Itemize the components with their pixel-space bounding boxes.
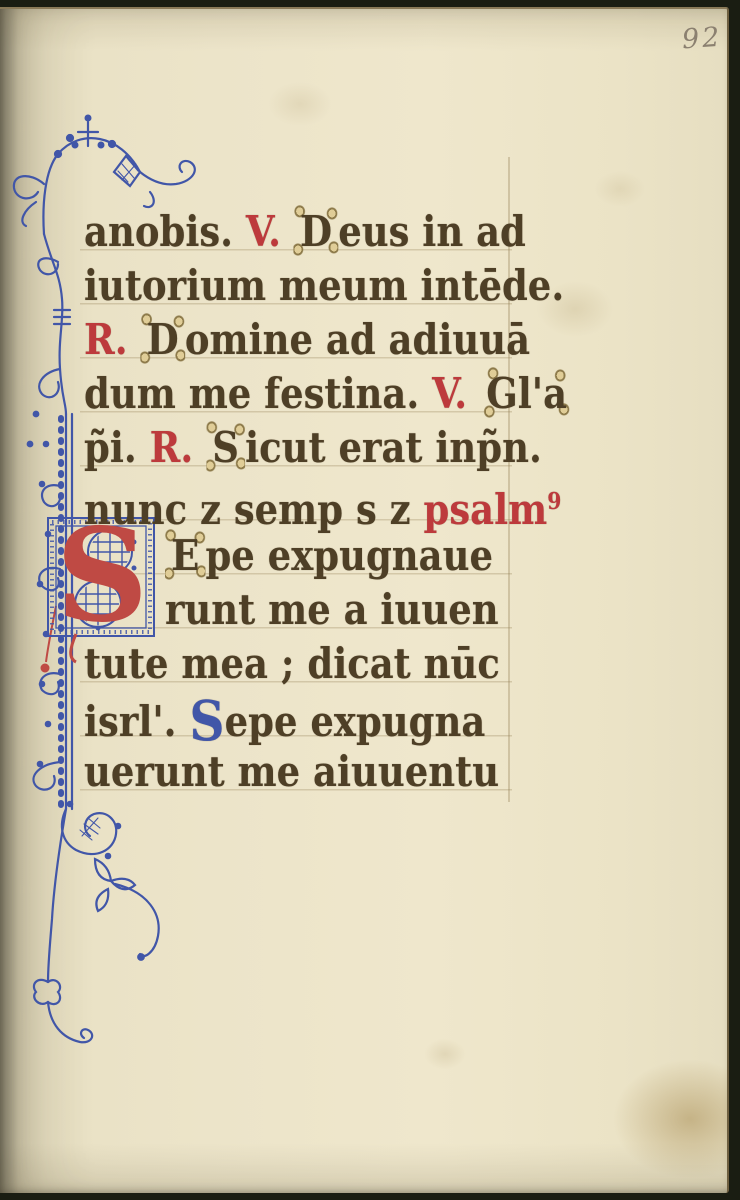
text-line: runt me a iuuen xyxy=(84,583,573,637)
text-segment-rubric-sup: 9 xyxy=(547,488,561,515)
text-line: Epe expugnaue xyxy=(84,529,573,583)
folio-number: 92 xyxy=(681,22,723,56)
text-segment-ink: eus in ad xyxy=(338,207,526,256)
text-segment-rubric: V. xyxy=(432,369,467,418)
text-segment-blue-initial: S xyxy=(189,695,224,749)
text-segment-ink: nunc z semp s z xyxy=(84,485,424,534)
text-segment-ink: epe expugna xyxy=(225,697,486,746)
text-line: uerunt me aiuuentu xyxy=(84,745,573,799)
text-segment-ink: runt me a iuuen xyxy=(165,585,499,634)
text-segment-ink: pe expugnaue xyxy=(205,531,493,580)
text-segment-cadel: D xyxy=(140,313,184,366)
text-line: nunc z semp s z psalm9 xyxy=(84,475,573,529)
text-segment-rubric: R. xyxy=(84,315,128,364)
text-segment-rubric: R. xyxy=(150,423,194,472)
text-segment-ink xyxy=(193,423,206,472)
text-line: p̃i. R. Sicut erat inp̃n. xyxy=(84,421,573,475)
text-segment-ink xyxy=(281,207,294,256)
text-segment-ink: dum me festina. xyxy=(84,369,432,418)
text-line: dum me festina. V. Gl'a xyxy=(84,367,573,421)
text-segment-ink: uerunt me aiuuentu xyxy=(84,747,499,796)
text-segment-ink: isrl'. xyxy=(84,697,189,746)
text-segment-cadel: S xyxy=(206,421,245,474)
text-segment-ink: tute mea ; dicat nūc xyxy=(84,639,500,688)
manuscript-photo: 92 xyxy=(0,0,740,1200)
text-segment-ink: iutorium meum intēde. xyxy=(84,261,564,310)
text-line: iutorium meum intēde. xyxy=(84,259,573,313)
text-segment-ink xyxy=(467,369,480,418)
text-segment-ink: p̃i. xyxy=(84,423,150,472)
text-line: isrl'. Sepe expugna xyxy=(84,691,573,745)
text-segment-rubric: psalm xyxy=(424,485,548,534)
parchment-page: 92 xyxy=(0,7,729,1193)
text-segment-cadel: E xyxy=(165,529,205,582)
text-line: anobis. V. Deus in ad xyxy=(84,205,573,259)
text-line: tute mea ; dicat nūc xyxy=(84,637,573,691)
text-segment-ink xyxy=(128,315,141,364)
text-segment-ink: icut erat inp̃n. xyxy=(245,423,542,472)
text-segment-ink: omine ad adiuuā xyxy=(185,315,530,364)
text-segment-cadel: D xyxy=(294,205,338,258)
text-segment-cadel: Gl'a xyxy=(480,367,573,420)
text-block: anobis. V. Deus in adiutorium meum intēd… xyxy=(84,205,640,799)
text-line: R. Domine ad adiuuā xyxy=(84,313,573,367)
text-segment-rubric: V. xyxy=(246,207,281,256)
text-segment-ink: anobis. xyxy=(84,207,246,256)
